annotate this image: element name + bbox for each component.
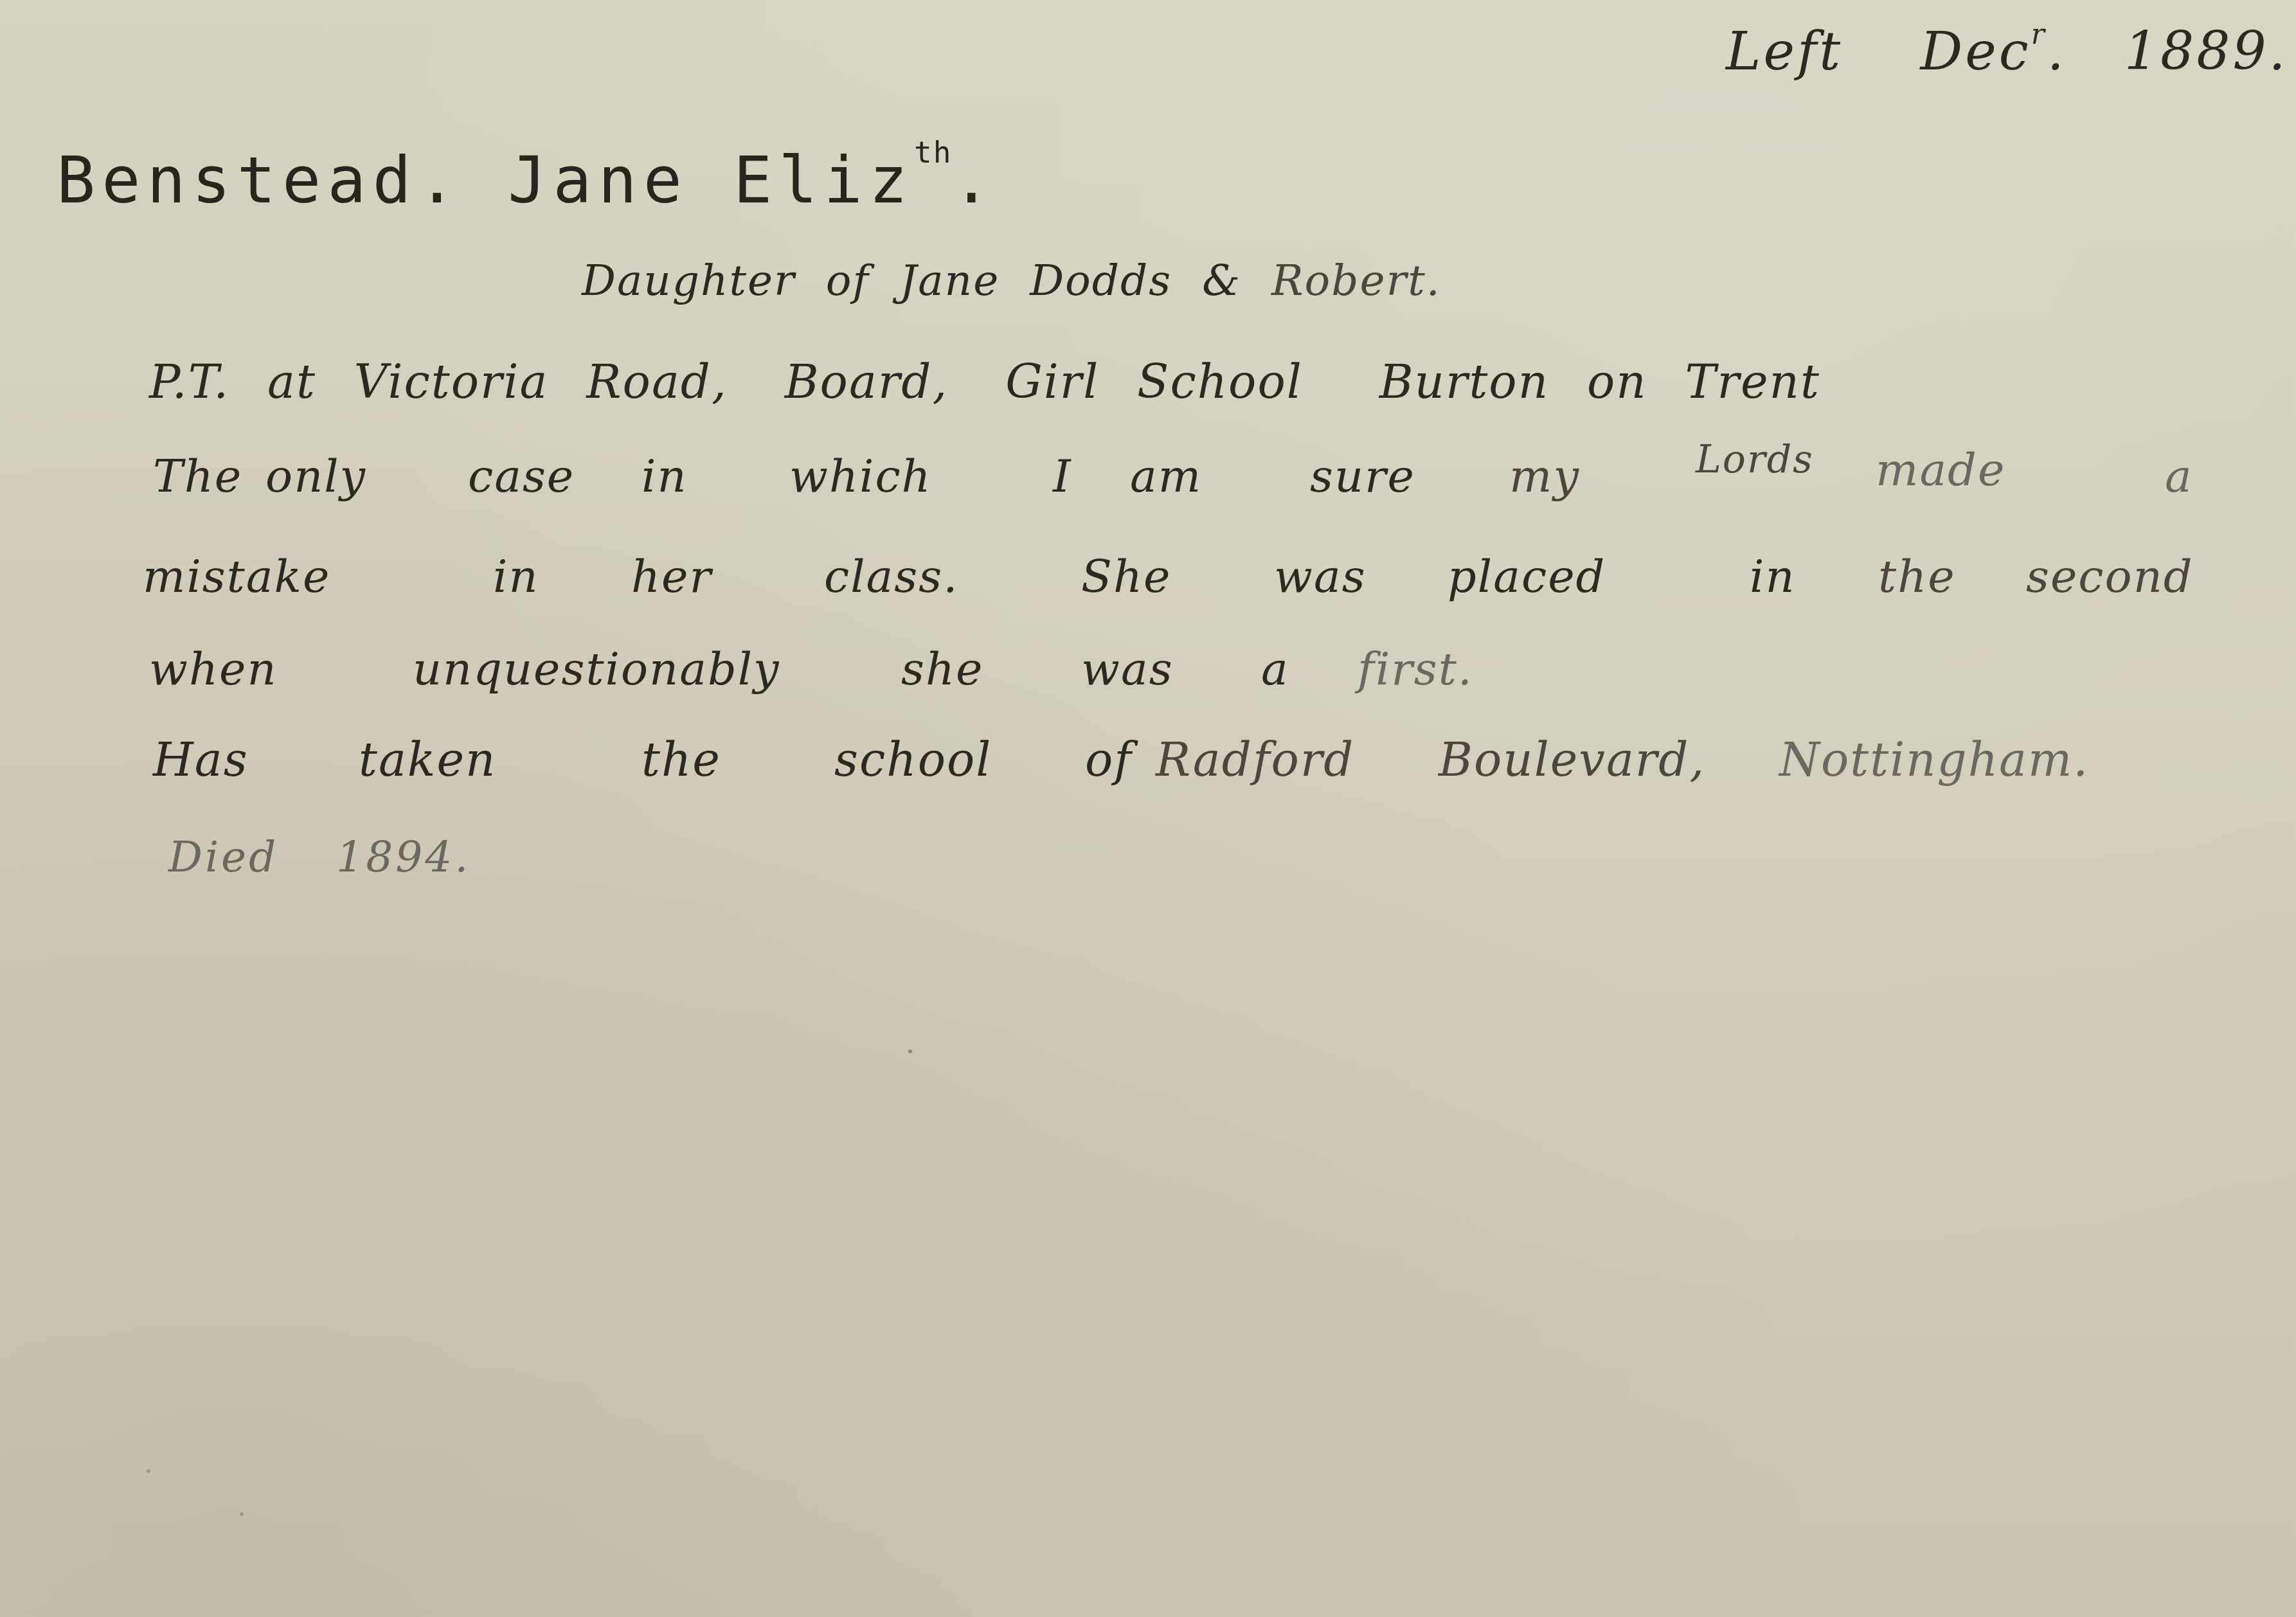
position-word: Burton [1379,355,1549,409]
forenames: Jane Eliz [508,143,914,218]
remark-word: her [631,550,712,603]
parents-word: of [826,256,870,305]
remark-word: was [1081,643,1174,695]
later-school-word: Nottingham. [1779,733,2089,787]
paper-speck [908,1050,912,1053]
left-year: 1889. [2124,21,2288,82]
remark-word: mistake [143,550,330,603]
position-word: Girl [1005,355,1099,409]
position-line: P.T. at Victoria Road, Board, Girl Schoo… [149,355,1820,409]
death-note: Died 1894. [168,832,471,882]
position-word: Trent [1685,355,1820,409]
remark-word: She [1081,550,1171,603]
later-school-word: of [1085,733,1133,787]
remark-word: case [468,450,575,503]
later-school-word: Has [153,733,249,787]
remark-word: was [1274,550,1367,603]
parents-word: Robert. [1271,256,1441,305]
left-label: Left [1726,21,1843,82]
remark-word: unquestionably [413,643,780,695]
remark-word: in [493,550,539,603]
remark-word: in [1750,550,1795,603]
remark-word: she [901,643,983,695]
remark-word: in [641,450,687,503]
position-word: Road, [586,355,727,409]
remark-word: placed [1448,550,1606,603]
remark-word: a [2165,450,2193,503]
surname: Benstead. [57,143,463,218]
position-word: on [1587,355,1647,409]
left-month: Dec [1920,21,2031,82]
later-school-word: school [834,733,992,787]
remark-word: when [149,643,278,695]
death-year: 1894. [336,832,471,882]
later-school-word: the [641,733,721,787]
later-school-word: taken [359,733,496,787]
parents-word: Daughter [582,256,796,305]
remark-word: am [1130,450,1202,503]
remark-word: class. [824,550,958,603]
name-end-period: . [952,143,997,218]
position-word: Board, [785,355,949,409]
parents-line: Daughter of Jane Dodds & Robert. [582,256,1441,305]
parents-word: Dodds [1030,256,1172,305]
paper-speck [147,1469,150,1473]
remark-word: only [265,450,366,503]
remark-word: Lords [1696,437,1814,482]
later-school-word: Radford [1156,733,1354,787]
remark-word: the [1878,550,1956,603]
death-label: Died [168,832,278,882]
left-date-annotation: Left Decr. 1889. [1726,18,2288,82]
remark-word: made [1876,443,2005,496]
position-word: at [267,355,316,409]
position-word: P.T. [149,355,229,409]
record-name-heading: Benstead. Jane Elizth. [57,135,998,218]
remark-word: first. [1358,643,1473,695]
parents-word: Jane [900,256,1000,305]
later-school-word: Boulevard, [1439,733,1705,787]
remark-word: second [2026,550,2194,603]
paper-speck [240,1512,244,1516]
left-month-suffix: r [2031,18,2047,51]
position-word: Victoria [354,355,549,409]
remark-word: my [1509,450,1580,503]
remark-word: which [789,450,932,503]
remark-word: sure [1310,450,1415,503]
position-word: School [1137,355,1303,409]
remark-word: The [153,450,242,503]
forename-suffix: th [914,135,952,170]
parents-word: & [1202,256,1241,305]
remark-word: I [1053,450,1072,503]
record-card: Left Decr. 1889. Benstead. Jane Elizth. … [0,0,2296,1617]
remark-word: a [1261,643,1289,695]
